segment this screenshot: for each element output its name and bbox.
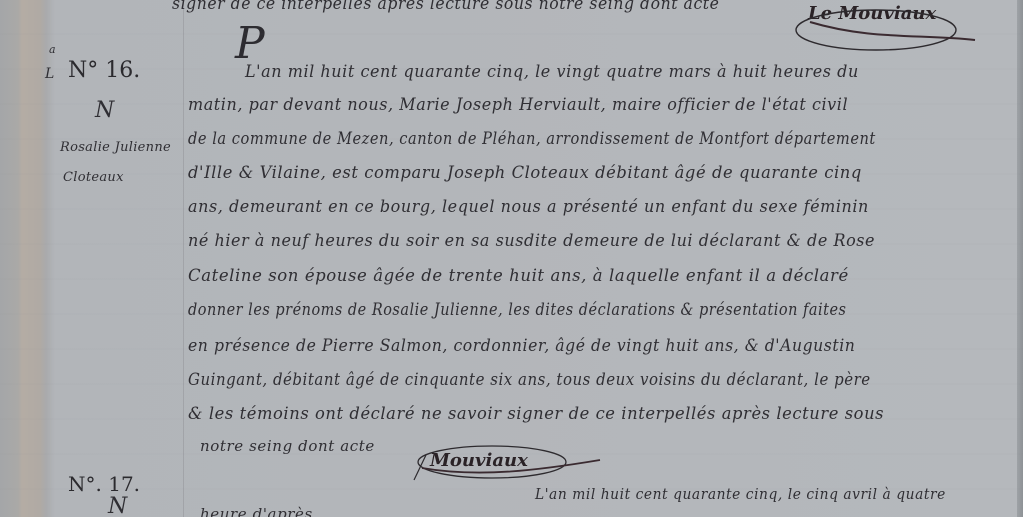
entry-17-mark: N [108,494,128,517]
record-line-6: né hier à neuf heures du soir en sa susd… [188,231,875,251]
child-name-line1: Rosalie Julienne [60,140,171,155]
record-line-10: Guingant, débitant âgé de cinquante six … [188,370,871,390]
officer-signature-flourish-icon [410,440,610,490]
child-name-line2: Cloteaux [63,170,124,185]
next-entry-start: L'an mil huit cent quarante cinq, le cin… [535,485,946,503]
margin-note-l: L [45,66,55,82]
entry-number-17: N°. 17. [68,472,140,496]
record-line-4: d'Ille & Vilaine, est comparu Joseph Clo… [188,163,862,183]
signature-flourish-icon [790,0,980,56]
record-line-5: ans, demeurant en ce bourg, lequel nous … [188,197,869,217]
page-edge [1017,0,1023,517]
next-entry-line2: heure d'après ... [200,505,334,517]
register-page: signer de ce interpellés après lecture s… [0,0,1023,517]
entry-number-16: N° 16. [68,58,140,83]
record-line-9: en présence de Pierre Salmon, cordonnier… [188,336,855,356]
margin-note-a: a [49,43,56,56]
record-line-11: & les témoins ont déclaré ne savoir sign… [188,404,884,424]
record-line-8: donner les prénoms de Rosalie Julienne, … [188,300,846,320]
margin-rule [183,0,184,517]
record-line-12: notre seing dont acte [200,437,375,455]
record-line-2: matin, par devant nous, Marie Joseph Her… [188,95,848,115]
previous-entry-tail: signer de ce interpellés après lecture s… [172,0,719,14]
sex-mark: N [95,98,115,123]
record-line-1: L'an mil huit cent quarante cinq, le vin… [245,62,859,82]
record-line-3: de la commune de Mezen, canton de Pléhan… [188,129,876,149]
record-line-7: Cateline son épouse âgée de trente huit … [188,266,849,286]
